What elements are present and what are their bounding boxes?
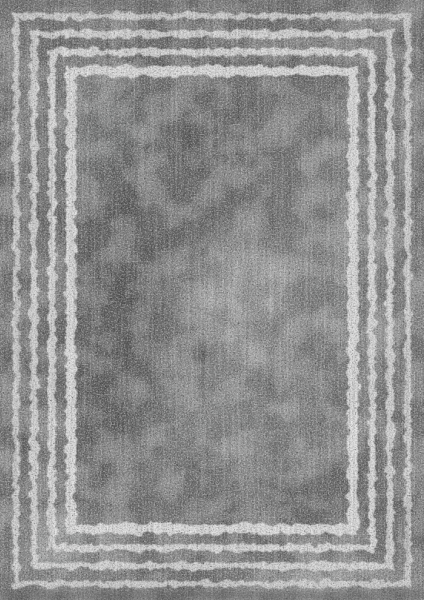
- grain-fine-overlay: [0, 0, 424, 600]
- rug-image: [0, 0, 424, 600]
- top-edge-shading: [0, 0, 424, 5]
- rug-product-photo: [0, 0, 424, 600]
- bottom-edge-shading: [0, 591, 424, 600]
